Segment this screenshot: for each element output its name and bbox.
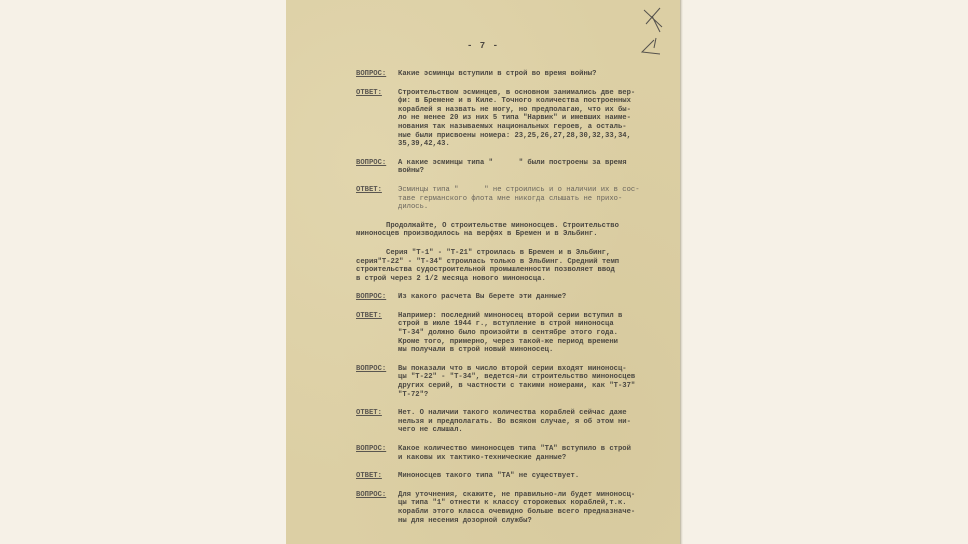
entry-text: Нет. О наличии такого количества корабле… — [398, 409, 674, 435]
entry-label: ОТВЕТ: — [356, 89, 398, 149]
entry-text: Вы показали что в число второй серии вхо… — [398, 365, 674, 399]
entry-text: Какие эсминцы вступили в строй во время … — [398, 70, 674, 79]
entry-text: Какое количество миноносцев типа "ТА" вс… — [398, 445, 674, 462]
entry-label: ВОПРОС: — [356, 445, 398, 462]
answer-entry: ОТВЕТ:Эсминцы типа " " не строились и о … — [356, 186, 674, 212]
entry-text: Например: последний миноносец второй сер… — [398, 312, 674, 355]
entry-label: ВОПРОС: — [356, 159, 398, 176]
paragraph: Серия "Т-1" - "Т-21" строилась в Бремен … — [356, 249, 674, 283]
entry-label: ОТВЕТ: — [356, 186, 398, 212]
entry-label: ВОПРОС: — [356, 293, 398, 302]
document-body: ВОПРОС:Какие эсминцы вступили в строй во… — [356, 70, 674, 535]
entry-label: ОТВЕТ: — [356, 409, 398, 435]
entry-label: ВОПРОС: — [356, 491, 398, 525]
paragraph: Продолжайте, О строительстве миноносцев.… — [356, 222, 674, 239]
answer-entry: ОТВЕТ:Например: последний миноносец втор… — [356, 312, 674, 355]
entry-label: ВОПРОС: — [356, 365, 398, 399]
entry-label: ОТВЕТ: — [356, 312, 398, 355]
entry-text: Миноносцев такого типа "ТА" не существуе… — [398, 472, 674, 481]
entry-text: Для уточнения, скажите, не правильно-ли … — [398, 491, 674, 525]
answer-entry: ОТВЕТ:Миноносцев такого типа "ТА" не сущ… — [356, 472, 674, 481]
question-entry: ВОПРОС:Для уточнения, скажите, не правил… — [356, 491, 674, 525]
page-number: - 7 - — [286, 41, 680, 51]
entry-text: Строительством эсминцев, в основном зани… — [398, 89, 674, 149]
handwritten-marks-icon — [632, 2, 672, 62]
entry-label: ОТВЕТ: — [356, 472, 398, 481]
entry-text: А какие эсминцы типа " " были построены … — [398, 159, 674, 176]
answer-entry: ОТВЕТ:Строительством эсминцев, в основно… — [356, 89, 674, 149]
question-entry: ВОПРОС:Вы показали что в число второй се… — [356, 365, 674, 399]
answer-entry: ОТВЕТ:Нет. О наличии такого количества к… — [356, 409, 674, 435]
document-page: - 7 - ВОПРОС:Какие эсминцы вступили в ст… — [286, 0, 680, 544]
entry-text: Эсминцы типа " " не строились и о наличи… — [398, 186, 674, 212]
entry-label: ВОПРОС: — [356, 70, 398, 79]
question-entry: ВОПРОС:Какие эсминцы вступили в строй во… — [356, 70, 674, 79]
question-entry: ВОПРОС:Какое количество миноносцев типа … — [356, 445, 674, 462]
entry-text: Из какого расчета Вы берете эти данные? — [398, 293, 674, 302]
question-entry: ВОПРОС:Из какого расчета Вы берете эти д… — [356, 293, 674, 302]
question-entry: ВОПРОС:А какие эсминцы типа " " были пос… — [356, 159, 674, 176]
